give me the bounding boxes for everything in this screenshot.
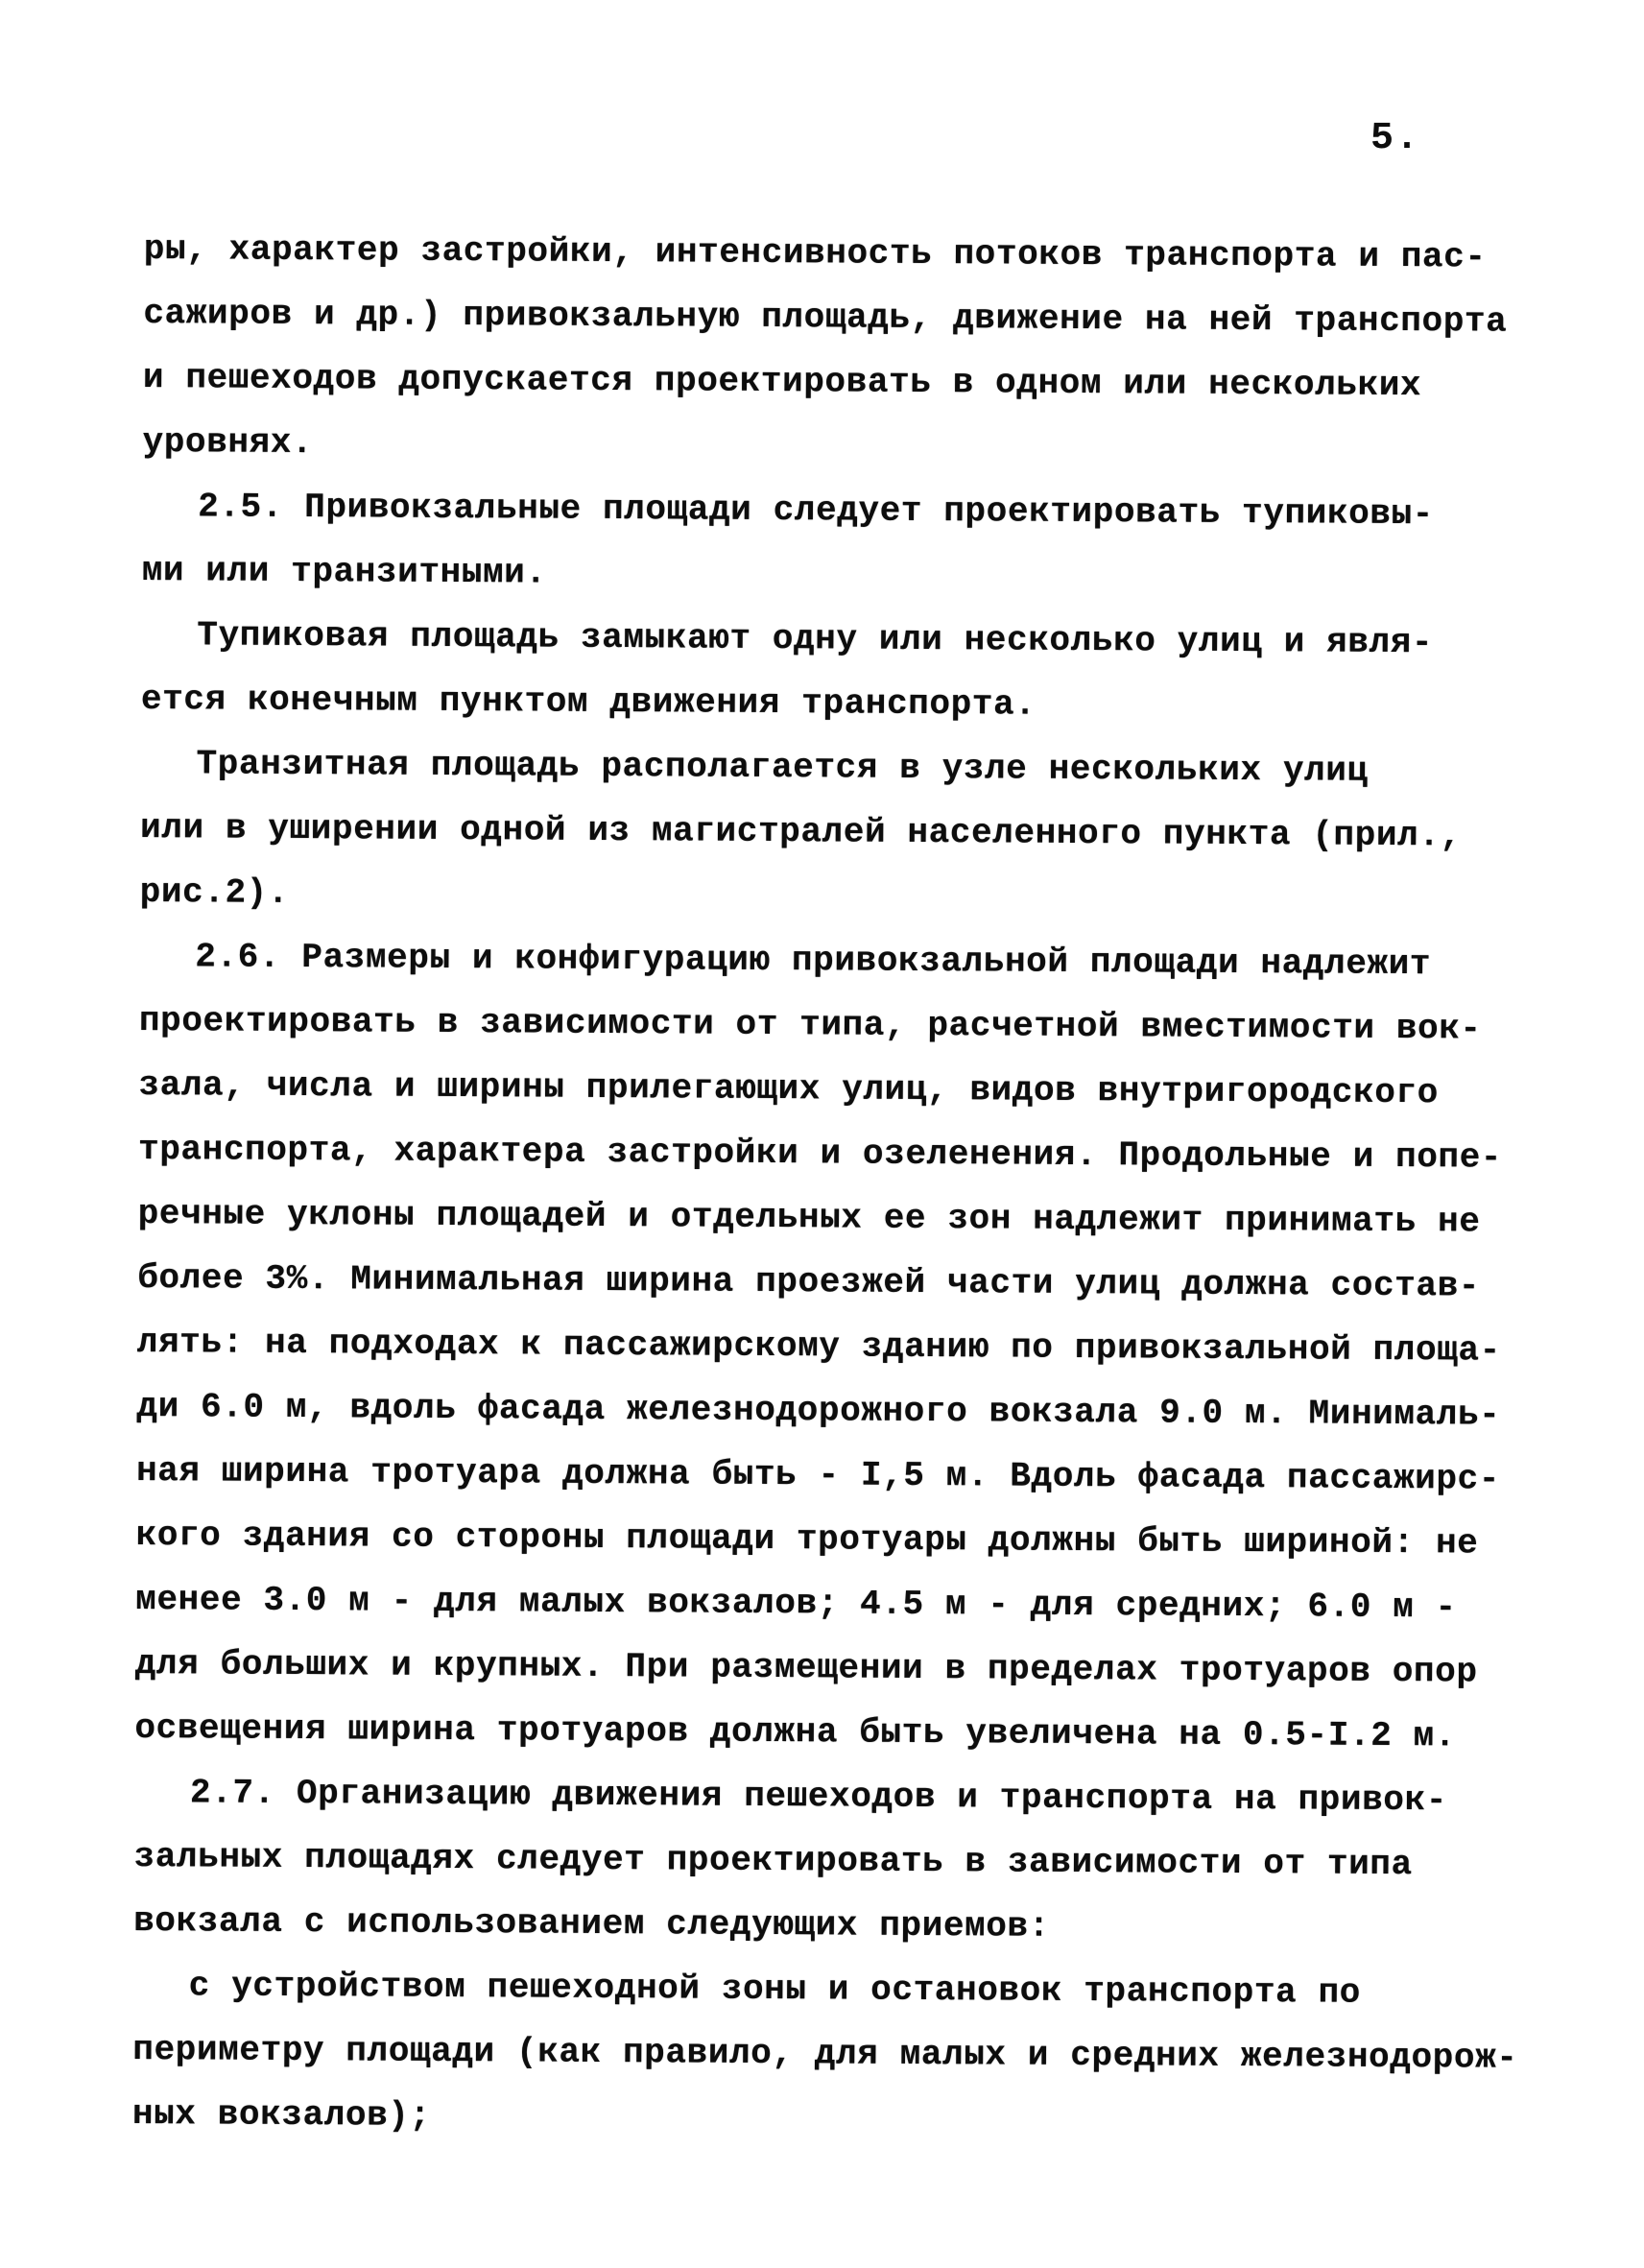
text-line: лять: на подходах к пассажирскому зданию… xyxy=(137,1310,1529,1383)
text-line: речные уклоны площадей и отдельных ее зо… xyxy=(137,1182,1529,1254)
text-line: с устройством пешеходной зоны и останово… xyxy=(133,1953,1525,2026)
text-line: ры, характер застройки, интенсивность по… xyxy=(144,217,1536,290)
text-line: 2.5. Привокзальные площади следует проек… xyxy=(142,474,1534,547)
text-line: зальных площадях следует проектировать в… xyxy=(133,1825,1525,1898)
text-line: 2.7. Организацию движения пешеходов и тр… xyxy=(134,1760,1526,1833)
text-line: уровнях. xyxy=(142,410,1534,483)
scanned-document-page: 5. ры, характер застройки, интенсивность… xyxy=(0,0,1644,2268)
text-line: кого здания со стороны площади тротуары … xyxy=(135,1503,1527,1576)
text-line: или в уширении одной из магистралей насе… xyxy=(140,796,1532,869)
text-line: Транзитная площадь располагается в узле … xyxy=(140,731,1532,804)
text-line: сажиров и др.) привокзальную площадь, дв… xyxy=(143,281,1535,354)
text-line: ется конечным пунктом движения транспорт… xyxy=(141,667,1533,740)
text-line: для больших и крупных. При размещении в … xyxy=(135,1632,1527,1705)
text-line: зала, числа и ширины прилегающих улиц, в… xyxy=(138,1053,1530,1126)
text-line: 2.6. Размеры и конфигурацию привокзально… xyxy=(139,924,1531,997)
text-line: транспорта, характера застройки и озелен… xyxy=(138,1117,1530,1190)
text-line: проектировать в зависимости от типа, рас… xyxy=(139,989,1531,1062)
text-line: рис.2). xyxy=(139,860,1531,933)
text-line: менее 3.0 м - для малых вокзалов; 4.5 м … xyxy=(135,1567,1527,1640)
text-line: Тупиковая площадь замыкают одну или неск… xyxy=(141,603,1533,676)
text-line: ная ширина тротуара должна быть - I,5 м.… xyxy=(136,1439,1528,1512)
text-line: и пешеходов допускается проектировать в … xyxy=(143,346,1535,418)
text-line: ми или транзитными. xyxy=(142,538,1534,611)
text-line: освещения ширина тротуаров должна быть у… xyxy=(134,1696,1526,1769)
text-line: вокзала с использованием следующих прием… xyxy=(133,1889,1525,1962)
text-body: ры, характер застройки, интенсивность по… xyxy=(132,217,1536,2155)
text-line: ди 6.0 м, вдоль фасада железнодорожного … xyxy=(136,1374,1528,1447)
text-line: периметру площади (как правило, для малы… xyxy=(132,2017,1524,2090)
text-line: более 3%. Минимальная ширина проезжей ча… xyxy=(137,1246,1529,1319)
page-number: 5. xyxy=(1370,117,1420,160)
text-line: ных вокзалов); xyxy=(132,2082,1524,2155)
